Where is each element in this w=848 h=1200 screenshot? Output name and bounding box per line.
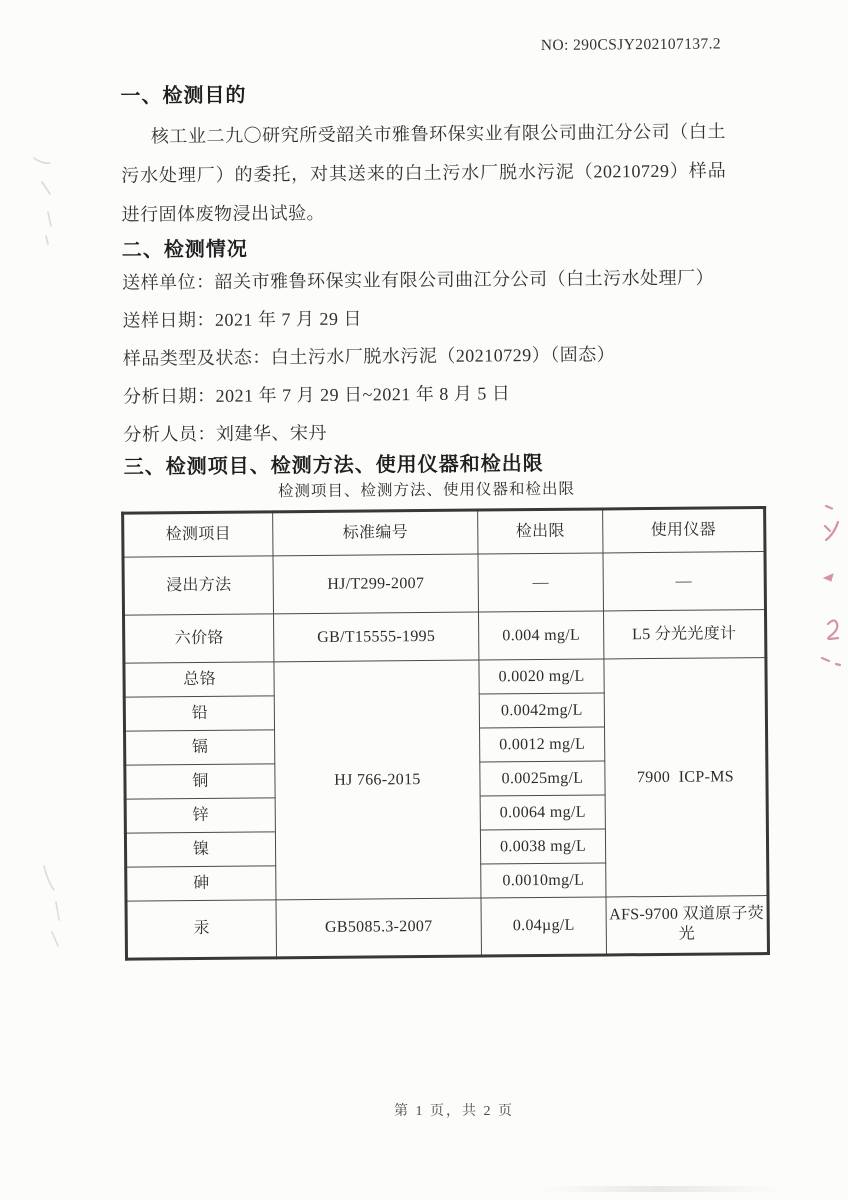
cell-limit: — — [478, 553, 604, 612]
cell-item: 六价铬 — [124, 614, 274, 663]
table-row: 汞 GB5085.3-2007 0.04µg/L AFS-9700 双道原子荧光 — [126, 896, 768, 960]
detection-items-table: 检测项目 标准编号 检出限 使用仪器 浸出方法 HJ/T299-2007 — —… — [121, 506, 770, 961]
cell-item: 铅 — [124, 696, 274, 731]
scan-edge-smudge — [540, 1186, 780, 1192]
field-sample-date: 送样日期：2021 年 7 月 29 日 — [122, 296, 727, 339]
table-row: 总铬 HJ 766-2015 0.0020 mg/L 7900 ICP-MS — [124, 658, 766, 698]
cell-item: 镍 — [125, 832, 275, 867]
table-row: 浸出方法 HJ/T299-2007 — — — [123, 552, 765, 616]
cell-instrument: L5 分光光度计 — [603, 610, 765, 659]
table-row: 六价铬 GB/T15555-1995 0.004 mg/L L5 分光光度计 — [124, 610, 766, 664]
cell-instrument-merged: 7900 ICP-MS — [604, 658, 768, 897]
cell-instrument: — — [603, 552, 765, 611]
cell-limit: 0.0025mg/L — [480, 761, 605, 796]
cell-standard: GB5085.3-2007 — [276, 898, 481, 958]
field-value: 韶关市雅鲁环保实业有限公司曲江分公司（白土污水处理厂） — [215, 267, 715, 291]
scanned-report-page: NO: 290CSJY202107137.2 一、检测目的 核工业二九〇研究所受… — [0, 0, 848, 1200]
pencil-smudge-bottom-left — [28, 858, 72, 963]
header-standard: 标准编号 — [273, 510, 478, 556]
section-3-heading: 三、检测项目、检测方法、使用仪器和检出限 — [124, 450, 729, 480]
section-1-heading: 一、检测目的 — [120, 79, 725, 109]
cell-limit: 0.04µg/L — [481, 897, 607, 956]
table-header-row: 检测项目 标准编号 检出限 使用仪器 — [123, 508, 765, 558]
field-label: 样品类型及状态： — [123, 347, 271, 368]
field-sample-unit: 送样单位：韶关市雅鲁环保实业有限公司曲江分公司（白土污水处理厂） — [122, 258, 727, 301]
field-label: 送样日期： — [122, 310, 215, 331]
cell-instrument: AFS-9700 双道原子荧光 — [606, 896, 768, 955]
field-value: 2021 年 7 月 29 日 — [215, 309, 362, 330]
header-detection-limit: 检出限 — [478, 509, 603, 554]
cell-limit: 0.0038 mg/L — [480, 829, 605, 864]
cell-item: 锌 — [125, 798, 275, 833]
cell-limit: 0.004 mg/L — [478, 611, 603, 660]
cell-limit: 0.0020 mg/L — [479, 659, 604, 694]
cell-limit: 0.0042mg/L — [479, 693, 604, 728]
cell-item: 砷 — [126, 866, 276, 901]
page-footer: 第 1 页，共 2 页 — [30, 1100, 848, 1120]
cell-standard: GB/T15555-1995 — [274, 612, 479, 662]
header-item: 检测项目 — [123, 512, 273, 557]
page-content: NO: 290CSJY202107137.2 一、检测目的 核工业二九〇研究所受… — [120, 0, 733, 961]
cell-limit: 0.0064 mg/L — [480, 795, 605, 830]
cell-item: 镉 — [125, 730, 275, 765]
field-analysts: 分析人员：刘建华、宋丹 — [123, 410, 728, 453]
field-sample-type: 样品类型及状态：白土污水厂脱水污泥（20210729）（固态） — [123, 334, 728, 377]
table-title: 检测项目、检测方法、使用仪器和检出限 — [124, 477, 729, 504]
field-value: 刘建华、宋丹 — [216, 423, 327, 444]
field-analysis-date: 分析日期：2021 年 7 月 29 日~2021 年 8 月 5 日 — [123, 372, 728, 415]
cell-item: 总铬 — [124, 662, 274, 697]
field-value: 白土污水厂脱水污泥（20210729）（固态） — [271, 344, 616, 367]
red-pen-marks — [812, 498, 848, 670]
cell-standard: HJ/T299-2007 — [273, 554, 478, 614]
field-value: 2021 年 7 月 29 日~2021 年 8 月 5 日 — [216, 383, 511, 406]
field-label: 分析日期： — [123, 386, 216, 407]
cell-limit: 0.0012 mg/L — [480, 727, 605, 762]
document-number: NO: 290CSJY202107137.2 — [120, 35, 725, 58]
pencil-smudge-top-left — [22, 140, 70, 270]
cell-item: 浸出方法 — [123, 556, 274, 615]
cell-standard-merged: HJ 766-2015 — [274, 660, 481, 900]
field-label: 送样单位： — [122, 272, 215, 293]
purpose-paragraph: 核工业二九〇研究所受韶关市雅鲁环保实业有限公司曲江分公司（白土污水处理厂）的委托… — [121, 112, 727, 234]
field-label: 分析人员： — [123, 424, 216, 445]
header-instrument: 使用仪器 — [603, 508, 765, 553]
cell-item: 汞 — [126, 900, 277, 959]
cell-limit: 0.0010mg/L — [481, 863, 606, 898]
sample-info-fields: 送样单位：韶关市雅鲁环保实业有限公司曲江分公司（白土污水处理厂） 送样日期：20… — [122, 258, 729, 453]
cell-item: 铜 — [125, 764, 275, 799]
